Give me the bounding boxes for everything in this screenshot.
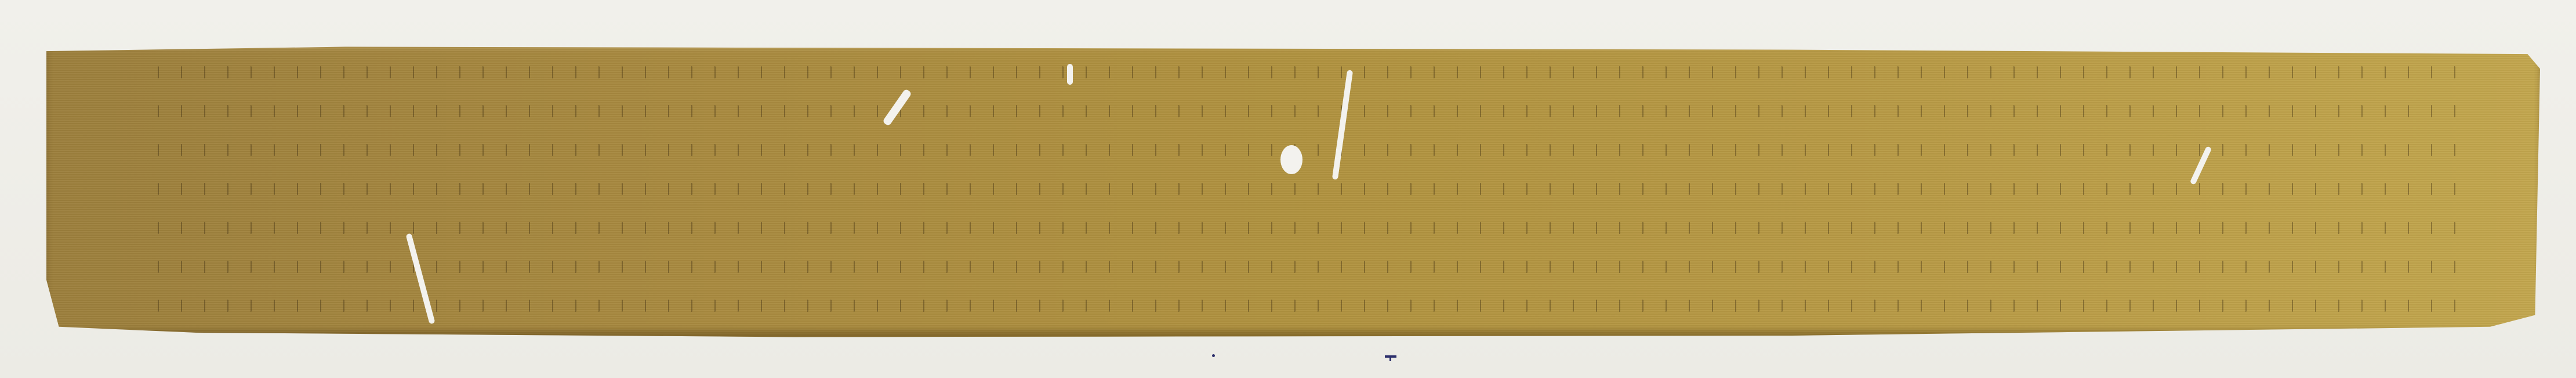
palm-leaf-manuscript: Palm-leaf manuscript Odia (handwritten, …: [46, 45, 2540, 339]
text-line-6: [145, 251, 2470, 282]
text-line-3: [145, 135, 2470, 165]
blue-marker-tick: [1385, 355, 1396, 358]
text-line-2: [145, 96, 2470, 127]
worm-damage: [1067, 64, 1073, 85]
text-line-1: [145, 57, 2470, 88]
string-hole: [1280, 145, 1302, 174]
text-line-5: [145, 213, 2470, 243]
text-line-7: [145, 290, 2470, 321]
text-line-4: [145, 174, 2470, 204]
text-lines: [145, 57, 2470, 321]
blue-dot: [1212, 354, 1215, 357]
